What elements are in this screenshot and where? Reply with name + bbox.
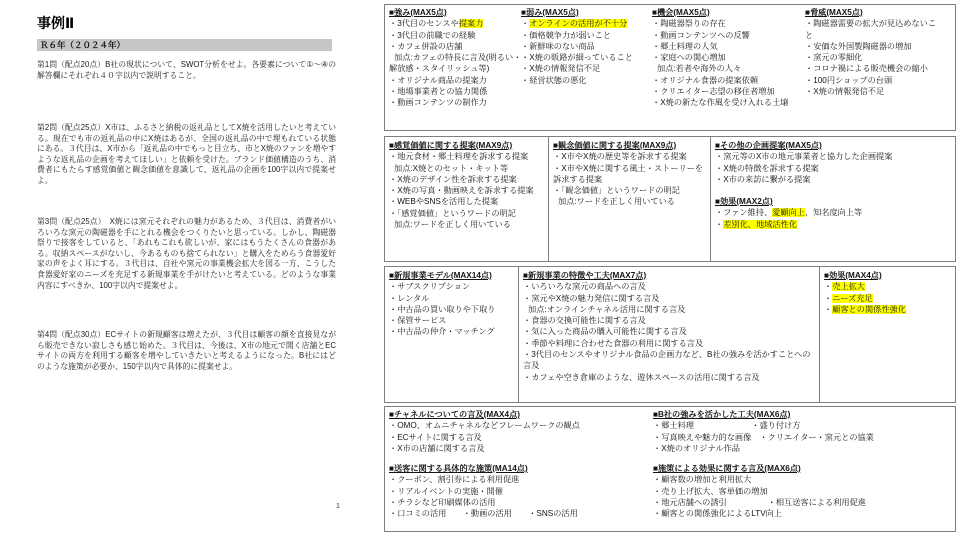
box-item: ・ファン維持、愛顧向上、知名度向上等 — [715, 207, 951, 218]
box-item: ・売上拡大 — [824, 281, 951, 292]
box-item: ・X市やX焼の歴史等を訴求する提案 — [553, 151, 706, 162]
box-item: ・経営状態の悪化 — [521, 75, 649, 86]
box-item: ・郷土料理 ・盛り付け方 — [653, 420, 951, 431]
question-4-text: 第4問（配点30点）ECサイトの新規顧客は増えたが、３代目は顧客の顔を直接見なが… — [37, 330, 336, 372]
customer-sending-header: ■送客に関する具体的な施策(MA14点) — [389, 463, 651, 474]
threats-header: ■脅威(MAX5点) — [805, 7, 939, 18]
notional-value-header: ■観念価値に関する提案(MAX9点) — [553, 140, 706, 151]
highlighted-text: オンラインの活用が不十分 — [529, 19, 627, 28]
box-item: ・クーポン、割引券による利用促進 — [389, 474, 651, 485]
box-item: ・陶磁器需要の拡大が見込めないこと — [805, 18, 939, 41]
box-item: ・価格競争力が弱いこと — [521, 30, 649, 41]
box-item: ・3代目のセンスやオリジナル食品の企画力など、B社の強みを活かすことへの言及 — [523, 349, 815, 372]
box-item: ・サブスクリプション — [389, 281, 514, 292]
box-item: ・ニーズ充足 — [824, 293, 951, 304]
box-item: ・クリエイター志望の移住者増加 — [652, 86, 800, 97]
box-item: ・地元食材・郷土料理を訴求する提案 — [389, 151, 544, 162]
box-item: ・ECサイトに関する言及 — [389, 432, 651, 443]
strengths-header: ■強み(MAX5点) — [389, 7, 525, 18]
box-item: ・X焼の写真・動画映えを訴求する提案 — [389, 185, 544, 196]
box-item: ・窯元の零細化 — [805, 52, 939, 63]
b-company-strengths-items: ・郷土料理 ・盛り付け方・写真映えや魅力的な画像 ・クリエイター・窯元との協業・… — [653, 420, 951, 454]
box-item: 加点:若者や海外の人々 — [652, 63, 800, 74]
box-item: ・陶磁器祭りの存在 — [652, 18, 800, 29]
new-business-model-header: ■新規事業モデル(MAX14点) — [389, 270, 514, 281]
box-item: ・100円ショップの台頭 — [805, 75, 939, 86]
b-company-strengths-header: ■B社の強みを活かした工夫(MAX6点) — [653, 409, 951, 420]
box-item: ・動画コンテンツの制作力 — [389, 97, 525, 108]
business-features-items: ・いろいろな窯元の商品への言及・窯元やX焼の魅力発信に関する言及加点:オンライン… — [523, 281, 815, 383]
box-item: ・地場事業者との協力関係 — [389, 86, 525, 97]
sensory-value-box: ■感覚価値に関する提案(MAX9点) ・地元食材・郷土料理を訴求する提案加点:X… — [384, 136, 549, 262]
box-item: 加点:カフェの特長に言及(明るい・解放感・スタイリッシュ等) — [389, 52, 525, 75]
channel-section: ■チャネルについての言及(MAX4点) ・OMO、オムニチャネルなどフレームワー… — [389, 409, 651, 454]
box-item: ・X市の来訪に繋がる提案 — [715, 174, 951, 185]
box-item: ・食器の交換可能性に関する言及 — [523, 315, 815, 326]
box-item: ・OMO、オムニチャネルなどフレームワークの観点 — [389, 420, 651, 431]
box-item: ・X焼のデザイン性を訴求する提案 — [389, 174, 544, 185]
highlighted-text: 顧客との関係性強化 — [832, 305, 906, 314]
swot-analysis-box: ■強み(MAX5点) ・3代目のセンスや提案力・3代目の前職での経験・カフェ併設… — [384, 4, 956, 131]
customer-sending-items: ・クーポン、割引券による利用促進・リアルイベントの実施・開催・チラシなど印刷媒体… — [389, 474, 651, 519]
measure-effects-header: ■施策による効果に関する言及(MAX6点) — [653, 463, 951, 474]
box-item: ・窯元等のX市の地元事業者と協力した企画提案 — [715, 151, 951, 162]
box-item: ・口コミの活用 ・動画の活用 ・SNSの活用 — [389, 508, 651, 519]
notional-value-box: ■観念価値に関する提案(MAX9点) ・X市やX焼の歴史等を訴求する提案・X市や… — [548, 136, 711, 262]
box-item: 加点:ワードを正しく用いている — [553, 196, 706, 207]
other-proposals-items: ・窯元等のX市の地元事業者と協力した企画提案・X焼の特徴を訴求する提案・X市の来… — [715, 151, 951, 230]
box-item: ・「観念価値」というワードの明記 — [553, 185, 706, 196]
weaknesses-header: ■弱み(MAX5点) — [521, 7, 649, 18]
question-1-text: 第1問（配点20点）B社の現状について、SWOT分析をせよ。各要素について①～④… — [37, 60, 336, 81]
box-item: ・X焼の情報発信不足 — [521, 63, 649, 74]
highlighted-text: 愛顧向上 — [772, 208, 805, 217]
highlighted-text: ニーズ充足 — [832, 294, 873, 303]
notional-value-items: ・X市やX焼の歴史等を訴求する提案・X市やX焼に関する風土・ストーリーを訴求する… — [553, 151, 706, 207]
b-company-strengths-section: ■B社の強みを活かした工夫(MAX6点) ・郷土料理 ・盛り付け方・写真映えや魅… — [653, 409, 951, 454]
business-features-box: ■新規事業の特徴や工夫(MAX7点) ・いろいろな窯元の商品への言及・窯元やX焼… — [518, 266, 820, 403]
threats-column: ■脅威(MAX5点) ・陶磁器需要の拡大が見込めないこと・安価な外国製陶磁器の増… — [805, 7, 939, 97]
sensory-value-header: ■感覚価値に関する提案(MAX9点) — [389, 140, 544, 151]
box-item: ・コロナ禍による販売機会の縮小 — [805, 63, 939, 74]
box-item: ・X市やX焼に関する風土・ストーリーを訴求する提案 — [553, 163, 706, 186]
page-title: 事例Ⅱ — [37, 13, 74, 33]
weaknesses-items: ・オンラインの活用が不十分・価格競争力が弱いこと・新鮮味のない商品・X焼の販路が… — [521, 18, 649, 86]
box-item: ・安価な外国製陶磁器の増加 — [805, 41, 939, 52]
question-2-text: 第2問（配点25点）X市は、ふるさと納税の返礼品としてX焼を活用したいと考えてい… — [37, 123, 336, 187]
effects-max4-header: ■効果(MAX4点) — [824, 270, 951, 281]
box-item: ・動画コンテンツへの反響 — [652, 30, 800, 41]
box-item: ・顧客との関係強化によるLTV向上 — [653, 508, 951, 519]
opportunities-items: ・陶磁器祭りの存在・動画コンテンツへの反響・郷土料理の人気・家庭への関心増加加点… — [652, 18, 800, 108]
box-item: ・地元店舗への誘引 ・相互送客による利用促進 — [653, 497, 951, 508]
box-item: ・X焼のオリジナル作品 — [653, 443, 951, 454]
box-item: ・チラシなど印刷媒体の活用 — [389, 497, 651, 508]
box-item: ・カフェや空き倉庫のような、遊休スペースの活用に関する言及 — [523, 372, 815, 383]
threats-items: ・陶磁器需要の拡大が見込めないこと・安価な外国製陶磁器の増加・窯元の零細化・コロ… — [805, 18, 939, 97]
box-item: ・郷土料理の人気 — [652, 41, 800, 52]
box-item: ・いろいろな窯元の商品への言及 — [523, 281, 815, 292]
year-header-bar: Ｒ６年（２０２４年） — [37, 39, 332, 51]
highlighted-text: 売上拡大 — [832, 282, 865, 291]
box-item: ・X市の店舗に関する言及 — [389, 443, 651, 454]
box-item: ・X焼の特徴を訴求する提案 — [715, 163, 951, 174]
strengths-column: ■強み(MAX5点) ・3代目のセンスや提案力・3代目の前職での経験・カフェ併設… — [389, 7, 525, 109]
box-item: ・気に入った商品の購入可能性に関する言及 — [523, 326, 815, 337]
box-item: ・リアルイベントの実施・開催 — [389, 486, 651, 497]
box-item: 加点:オンラインチャネル活用に関する言及 — [523, 304, 815, 315]
highlighted-text: 提案力 — [459, 19, 484, 28]
measure-effects-section: ■施策による効果に関する言及(MAX6点) ・顧客数の増加と利用拡大・売り上げ拡… — [653, 463, 951, 519]
box-item: ・カフェ併設の店舗 — [389, 41, 525, 52]
box-item: ・3代目のセンスや提案力 — [389, 18, 525, 29]
box-item: ・オリジナル食器の提案依頼 — [652, 75, 800, 86]
box-item: ・家庭への関心増加 — [652, 52, 800, 63]
box-item: ・WEBやSNSを活用した提案 — [389, 196, 544, 207]
channel-items: ・OMO、オムニチャネルなどフレームワークの観点・ECサイトに関する言及・X市の… — [389, 420, 651, 454]
question-3-text: 第3問（配点25点） X焼には窯元それぞれの魅力があるため、３代目は、消費者がい… — [37, 217, 336, 291]
box-item: ・X焼の販路が細っていること — [521, 52, 649, 63]
box-item: ・写真映えや魅力的な画像 ・クリエイター・窯元との協業 — [653, 432, 951, 443]
box-item: ・X焼の情報発信不足 — [805, 86, 939, 97]
box-item: ・オリジナル商品の提案力 — [389, 75, 525, 86]
effects-max4-box: ■効果(MAX4点) ・売上拡大・ニーズ充足・顧客との関係性強化 — [819, 266, 956, 403]
measure-effects-items: ・顧客数の増加と利用拡大・売り上げ拡大、客単価の増加・地元店舗への誘引 ・相互送… — [653, 474, 951, 519]
effects-max4-items: ・売上拡大・ニーズ充足・顧客との関係性強化 — [824, 281, 951, 315]
strengths-items: ・3代目のセンスや提案力・3代目の前職での経験・カフェ併設の店舗加点:カフェの特… — [389, 18, 525, 108]
box-item: ・レンタル — [389, 293, 514, 304]
box-item: ・顧客との関係性強化 — [824, 304, 951, 315]
sensory-value-items: ・地元食材・郷土料理を訴求する提案加点:X焼とのセット・キット等・X焼のデザイン… — [389, 151, 544, 230]
weaknesses-column: ■弱み(MAX5点) ・オンラインの活用が不十分・価格競争力が弱いこと・新鮮味の… — [521, 7, 649, 86]
box-item: ・「感覚価値」というワードの明記 — [389, 208, 544, 219]
box-subheader: ■効果(MAX2点) — [715, 196, 951, 207]
new-business-model-items: ・サブスクリプション・レンタル・中古品の買い取りや下取り・保管サービス・中古品の… — [389, 281, 514, 337]
box-item: ・新鮮味のない商品 — [521, 41, 649, 52]
box-item: ・売り上げ拡大、客単価の増加 — [653, 486, 951, 497]
business-features-header: ■新規事業の特徴や工夫(MAX7点) — [523, 270, 815, 281]
box-item: 加点:ワードを正しく用いている — [389, 219, 544, 230]
new-business-model-box: ■新規事業モデル(MAX14点) ・サブスクリプション・レンタル・中古品の買い取… — [384, 266, 519, 403]
box-item: ・オンラインの活用が不十分 — [521, 18, 649, 29]
channel-and-measures-box: ■チャネルについての言及(MAX4点) ・OMO、オムニチャネルなどフレームワー… — [384, 406, 956, 532]
box-item: ・顧客数の増加と利用拡大 — [653, 474, 951, 485]
box-item: ・3代目の前職での経験 — [389, 30, 525, 41]
box-item: ・中古品の買い取りや下取り — [389, 304, 514, 315]
other-proposals-box: ■その他の企画提案(MAX5点) ・窯元等のX市の地元事業者と協力した企画提案・… — [710, 136, 956, 262]
opportunities-column: ■機会(MAX5点) ・陶磁器祭りの存在・動画コンテンツへの反響・郷土料理の人気… — [652, 7, 800, 109]
customer-sending-section: ■送客に関する具体的な施策(MA14点) ・クーポン、割引券による利用促進・リア… — [389, 463, 651, 519]
box-item: ・季節や料理に合わせた食器の利用に関する言及 — [523, 338, 815, 349]
other-proposals-header: ■その他の企画提案(MAX5点) — [715, 140, 951, 151]
box-item: 加点:X焼とのセット・キット等 — [389, 163, 544, 174]
box-item: ・保管サービス — [389, 315, 514, 326]
channel-header: ■チャネルについての言及(MAX4点) — [389, 409, 651, 420]
opportunities-header: ■機会(MAX5点) — [652, 7, 800, 18]
slide-canvas: 事例Ⅱ Ｒ６年（２０２４年） 第1問（配点20点）B社の現状について、SWOT分… — [0, 0, 960, 540]
box-item: ・差別化、地域活性化 — [715, 219, 951, 230]
box-item: ・X焼の新たな作風を受け入れる土壌 — [652, 97, 800, 108]
box-item: ・窯元やX焼の魅力発信に関する言及 — [523, 293, 815, 304]
page-number: 1 — [336, 503, 340, 510]
highlighted-text: 差別化、地域活性化 — [723, 220, 797, 229]
box-item: ・中古品の仲介・マッチング — [389, 326, 514, 337]
